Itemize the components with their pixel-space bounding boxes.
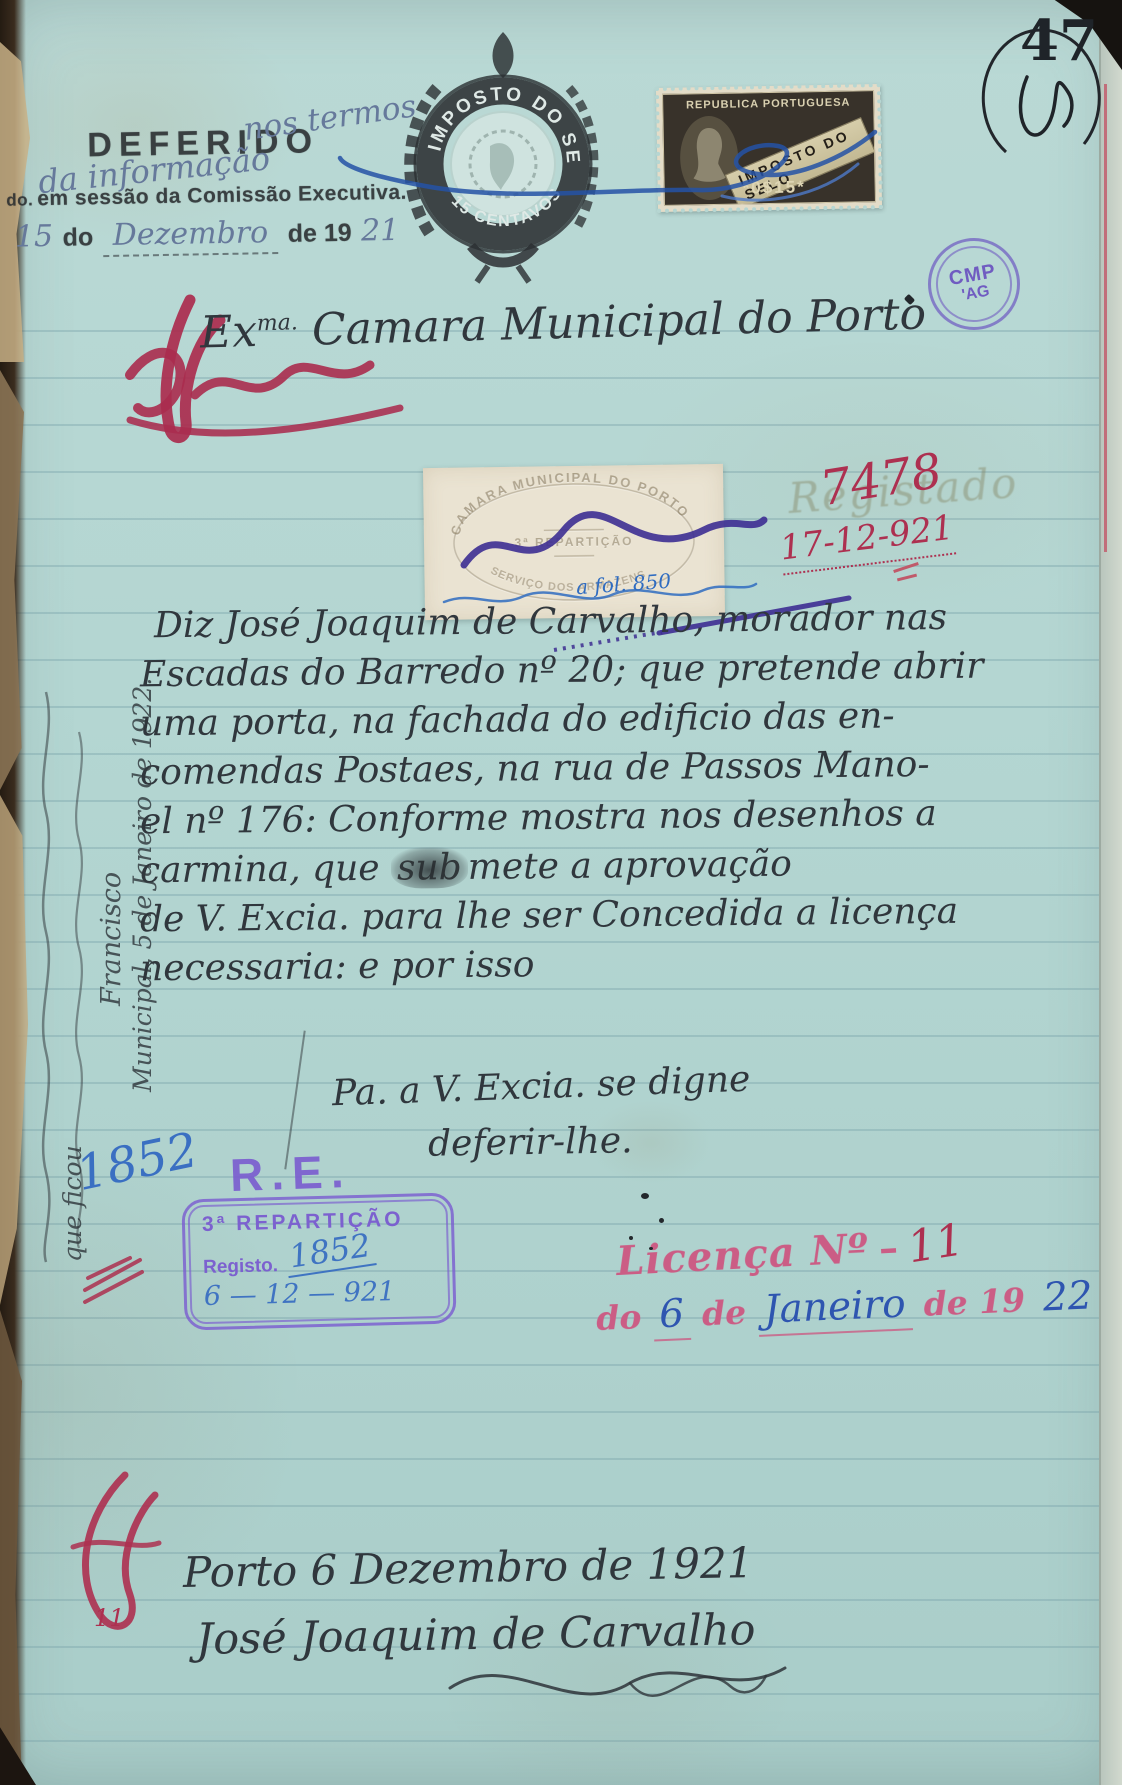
blue-pen-scrawl bbox=[330, 112, 900, 222]
red-margin-dashes bbox=[80, 1250, 152, 1312]
red-corner-number: 11 bbox=[94, 1604, 125, 1632]
licenca-stamp-text: Licença Nº bbox=[615, 1225, 870, 1285]
folio-flourish bbox=[1021, 77, 1072, 135]
folio-number: 47 bbox=[1020, 8, 1098, 74]
margin-note-name: Francisco bbox=[96, 872, 127, 1006]
licenca-date-de: de bbox=[701, 1292, 747, 1333]
petition-line: Diz José Joaquim de Carvalho, morador na… bbox=[154, 593, 970, 651]
red-signature-stroke-2 bbox=[130, 353, 181, 413]
reparticao-box-stamp: 3ª REPARTIÇÃO Registo. 1852 6 — 12 — 921 bbox=[181, 1192, 456, 1330]
seal-crest bbox=[493, 32, 514, 78]
ag-text: 'AG bbox=[960, 283, 991, 306]
licenca-date-day: 6 bbox=[652, 1291, 691, 1342]
line6-pre: carmina, que bbox=[140, 848, 391, 892]
closing-line-1: Pa. a V. Excia. se digne bbox=[331, 1059, 751, 1115]
seal-tassels bbox=[477, 266, 529, 282]
stamp-de19: de 19 bbox=[287, 219, 351, 248]
blue-scrawl-main bbox=[340, 132, 875, 194]
registo-row: Registo. 1852 bbox=[202, 1233, 435, 1279]
handwritten-day: 15 bbox=[15, 219, 54, 255]
licenca-number: 11 bbox=[904, 1214, 967, 1273]
revenue-stamp-country: REPUBLICA PORTUGUESA bbox=[663, 96, 873, 112]
ink-blot-correction: sub bbox=[391, 847, 468, 889]
red-dash-strokes bbox=[85, 1258, 142, 1302]
petition-line: de V. Excia. para lhe ser Concedida a li… bbox=[140, 887, 970, 945]
petition-line: uma porta, na fachada do edificio das en… bbox=[140, 691, 970, 749]
ink-speck bbox=[629, 1236, 633, 1240]
margin-note-date: Municipal, 5 de Janeiro de 1922. bbox=[128, 678, 157, 1092]
petition-line: Escadas do Barredo nº 20; que pretende a… bbox=[140, 642, 970, 700]
registo-date: 6 — 12 — 921 bbox=[203, 1275, 436, 1312]
red-signature-stroke-3 bbox=[195, 365, 370, 395]
licenca-line: Licença Nº – 11 bbox=[615, 1217, 965, 1286]
licenca-dash: – bbox=[878, 1224, 899, 1270]
red-edge-mark bbox=[893, 562, 919, 573]
ink-speck bbox=[659, 1218, 664, 1223]
stamp-do: do bbox=[62, 223, 93, 252]
petition-line: el nº 176: Conforme mostra nos desenhos … bbox=[140, 789, 970, 847]
petition-line: comendas Postaes, na rua de Passos Mano- bbox=[140, 740, 970, 798]
ink-speck bbox=[641, 1193, 649, 1199]
heading-abbr: Ex bbox=[199, 306, 257, 358]
petition-body: Diz José Joaquim de Carvalho, morador na… bbox=[140, 597, 970, 989]
ink-speck bbox=[649, 1247, 653, 1250]
stamp-fragment: do. bbox=[6, 190, 33, 209]
violet-signature bbox=[464, 515, 764, 565]
licenca-date-line: do 6 de Janeiro de 19 22 bbox=[595, 1273, 1099, 1344]
reparticao-box-inner: 3ª REPARTIÇÃO Registo. 1852 6 — 12 — 921 bbox=[187, 1199, 450, 1325]
registo-label: Registo. bbox=[203, 1255, 279, 1279]
signature-flourish bbox=[430, 1628, 810, 1748]
closing-line-2: deferir-lhe. bbox=[428, 1120, 633, 1165]
licenca-date-month: Janeiro bbox=[757, 1281, 913, 1337]
right-page-edge bbox=[1099, 0, 1122, 1785]
licenca-date-de19: de 19 bbox=[923, 1280, 1026, 1323]
heading-abbr-sup: ma. bbox=[257, 310, 299, 336]
line6-post: mete a aprovação bbox=[468, 844, 792, 888]
margin-squiggle-stroke bbox=[43, 692, 49, 1262]
margin-note-fragment: que ficou bbox=[58, 1145, 87, 1262]
petition-line: necessaria: e por isso bbox=[140, 936, 970, 994]
red-edge-mark bbox=[897, 574, 917, 582]
licenca-date-year: 22 bbox=[1036, 1273, 1100, 1323]
petition-line-corrected: carmina, que submete a aprovação bbox=[140, 838, 970, 896]
place-and-date: Porto 6 Dezembro de 1921 bbox=[183, 1538, 754, 1597]
cmp-ag-round-stamp: CMP 'AG bbox=[921, 231, 1028, 338]
licenca-date-do: do bbox=[595, 1297, 642, 1338]
cmp-ag-inner-ring: CMP 'AG bbox=[930, 240, 1018, 328]
handwritten-month: Dezembro bbox=[102, 215, 278, 257]
document-page: DEFERIDO nos termos da informação do.em … bbox=[0, 0, 1122, 1785]
re-stamp: R.E. bbox=[229, 1144, 352, 1202]
